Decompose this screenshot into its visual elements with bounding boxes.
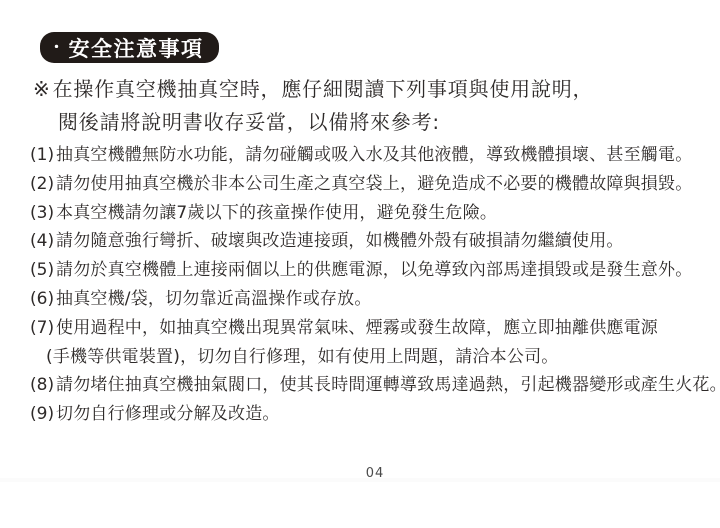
- item-text: 切勿自行修理或分解及改造。: [56, 400, 280, 429]
- safety-item: (3) 本真空機請勿讓7歲以下的孩童操作使用，避免發生危險。: [30, 199, 712, 228]
- intro-line-2: 閱後請將說明書收存妥當，以備將來參考:: [33, 106, 593, 139]
- intro-text-1: 在操作真空機抽真空時，應仔細閱讀下列事項與使用說明，: [53, 77, 594, 101]
- safety-item: (5) 請勿於真空機體上連接兩個以上的供應電源，以免導致內部馬達損毀或是發生意外…: [30, 256, 712, 285]
- intro-paragraph: ※在操作真空機抽真空時，應仔細閱讀下列事項與使用說明， 閱後請將說明書收存妥當，…: [33, 73, 593, 139]
- item-text: 請勿使用抽真空機於非本公司生產之真空袋上，避免造成不必要的機體故障與損毀。: [56, 170, 692, 199]
- item-number: (9): [30, 400, 56, 429]
- intro-line-1: ※在操作真空機抽真空時，應仔細閱讀下列事項與使用說明，: [33, 73, 593, 106]
- safety-item: (6) 抽真空機/袋，切勿靠近高溫操作或存放。: [30, 285, 712, 314]
- item-text: 抽真空機/袋，切勿靠近高溫操作或存放。: [56, 285, 372, 314]
- safety-item: (4) 請勿隨意強行彎折、破壞與改造連接頭，如機體外殼有破損請勿繼續使用。: [30, 227, 712, 256]
- safety-item: (2) 請勿使用抽真空機於非本公司生產之真空袋上，避免造成不必要的機體故障與損毀…: [30, 170, 712, 199]
- item-number: (4): [30, 227, 56, 256]
- item-text: 請勿隨意強行彎折、破壞與改造連接頭，如機體外殼有破損請勿繼續使用。: [56, 227, 624, 256]
- item-number: (3): [30, 199, 56, 228]
- reference-mark: ※: [33, 77, 51, 101]
- safety-item: (1) 抽真空機體無防水功能，請勿碰觸或吸入水及其他液體，導致機體損壞、甚至觸電…: [30, 141, 712, 170]
- item-text: (手機等供電裝置)，切勿自行修理，如有使用上問題，請洽本公司。: [46, 343, 558, 372]
- item-text: 使用過程中，如抽真空機出現異常氣味、煙霧或發生故障，應立即抽離供應電源: [56, 314, 658, 343]
- safety-item: (8) 請勿堵住抽真空機抽氣閥口，使其長時間運轉導致馬達過熱，引起機器變形或產生…: [30, 371, 712, 400]
- item-text: 請勿堵住抽真空機抽氣閥口，使其長時間運轉導致馬達過熱，引起機器變形或產生火花。: [56, 371, 720, 400]
- item-number: (7): [30, 314, 56, 343]
- item-text: 請勿於真空機體上連接兩個以上的供應電源，以免導致內部馬達損毀或是發生意外。: [56, 256, 692, 285]
- safety-list: (1) 抽真空機體無防水功能，請勿碰觸或吸入水及其他液體，導致機體損壞、甚至觸電…: [30, 141, 712, 429]
- manual-page: ・ 安全注意事項 ※在操作真空機抽真空時，應仔細閱讀下列事項與使用說明， 閱後請…: [0, 0, 720, 528]
- section-title: 安全注意事項: [69, 33, 204, 63]
- item-number: (6): [30, 285, 56, 314]
- safety-item: (9) 切勿自行修理或分解及改造。: [30, 400, 712, 429]
- item-text: 抽真空機體無防水功能，請勿碰觸或吸入水及其他液體，導致機體損壞、甚至觸電。: [56, 141, 692, 170]
- item-number: (8): [30, 371, 56, 400]
- section-title-badge: ・ 安全注意事項: [40, 32, 219, 63]
- item-text: 本真空機請勿讓7歲以下的孩童操作使用，避免發生危險。: [56, 199, 497, 228]
- title-bullet-icon: ・: [49, 36, 66, 57]
- item-number: (2): [30, 170, 56, 199]
- item-number: (5): [30, 256, 56, 285]
- page-number: 04: [30, 466, 720, 481]
- safety-item-continuation: (手機等供電裝置)，切勿自行修理，如有使用上問題，請洽本公司。: [30, 343, 712, 372]
- item-number: (1): [30, 141, 56, 170]
- safety-item: (7) 使用過程中，如抽真空機出現異常氣味、煙霧或發生故障，應立即抽離供應電源: [30, 314, 712, 343]
